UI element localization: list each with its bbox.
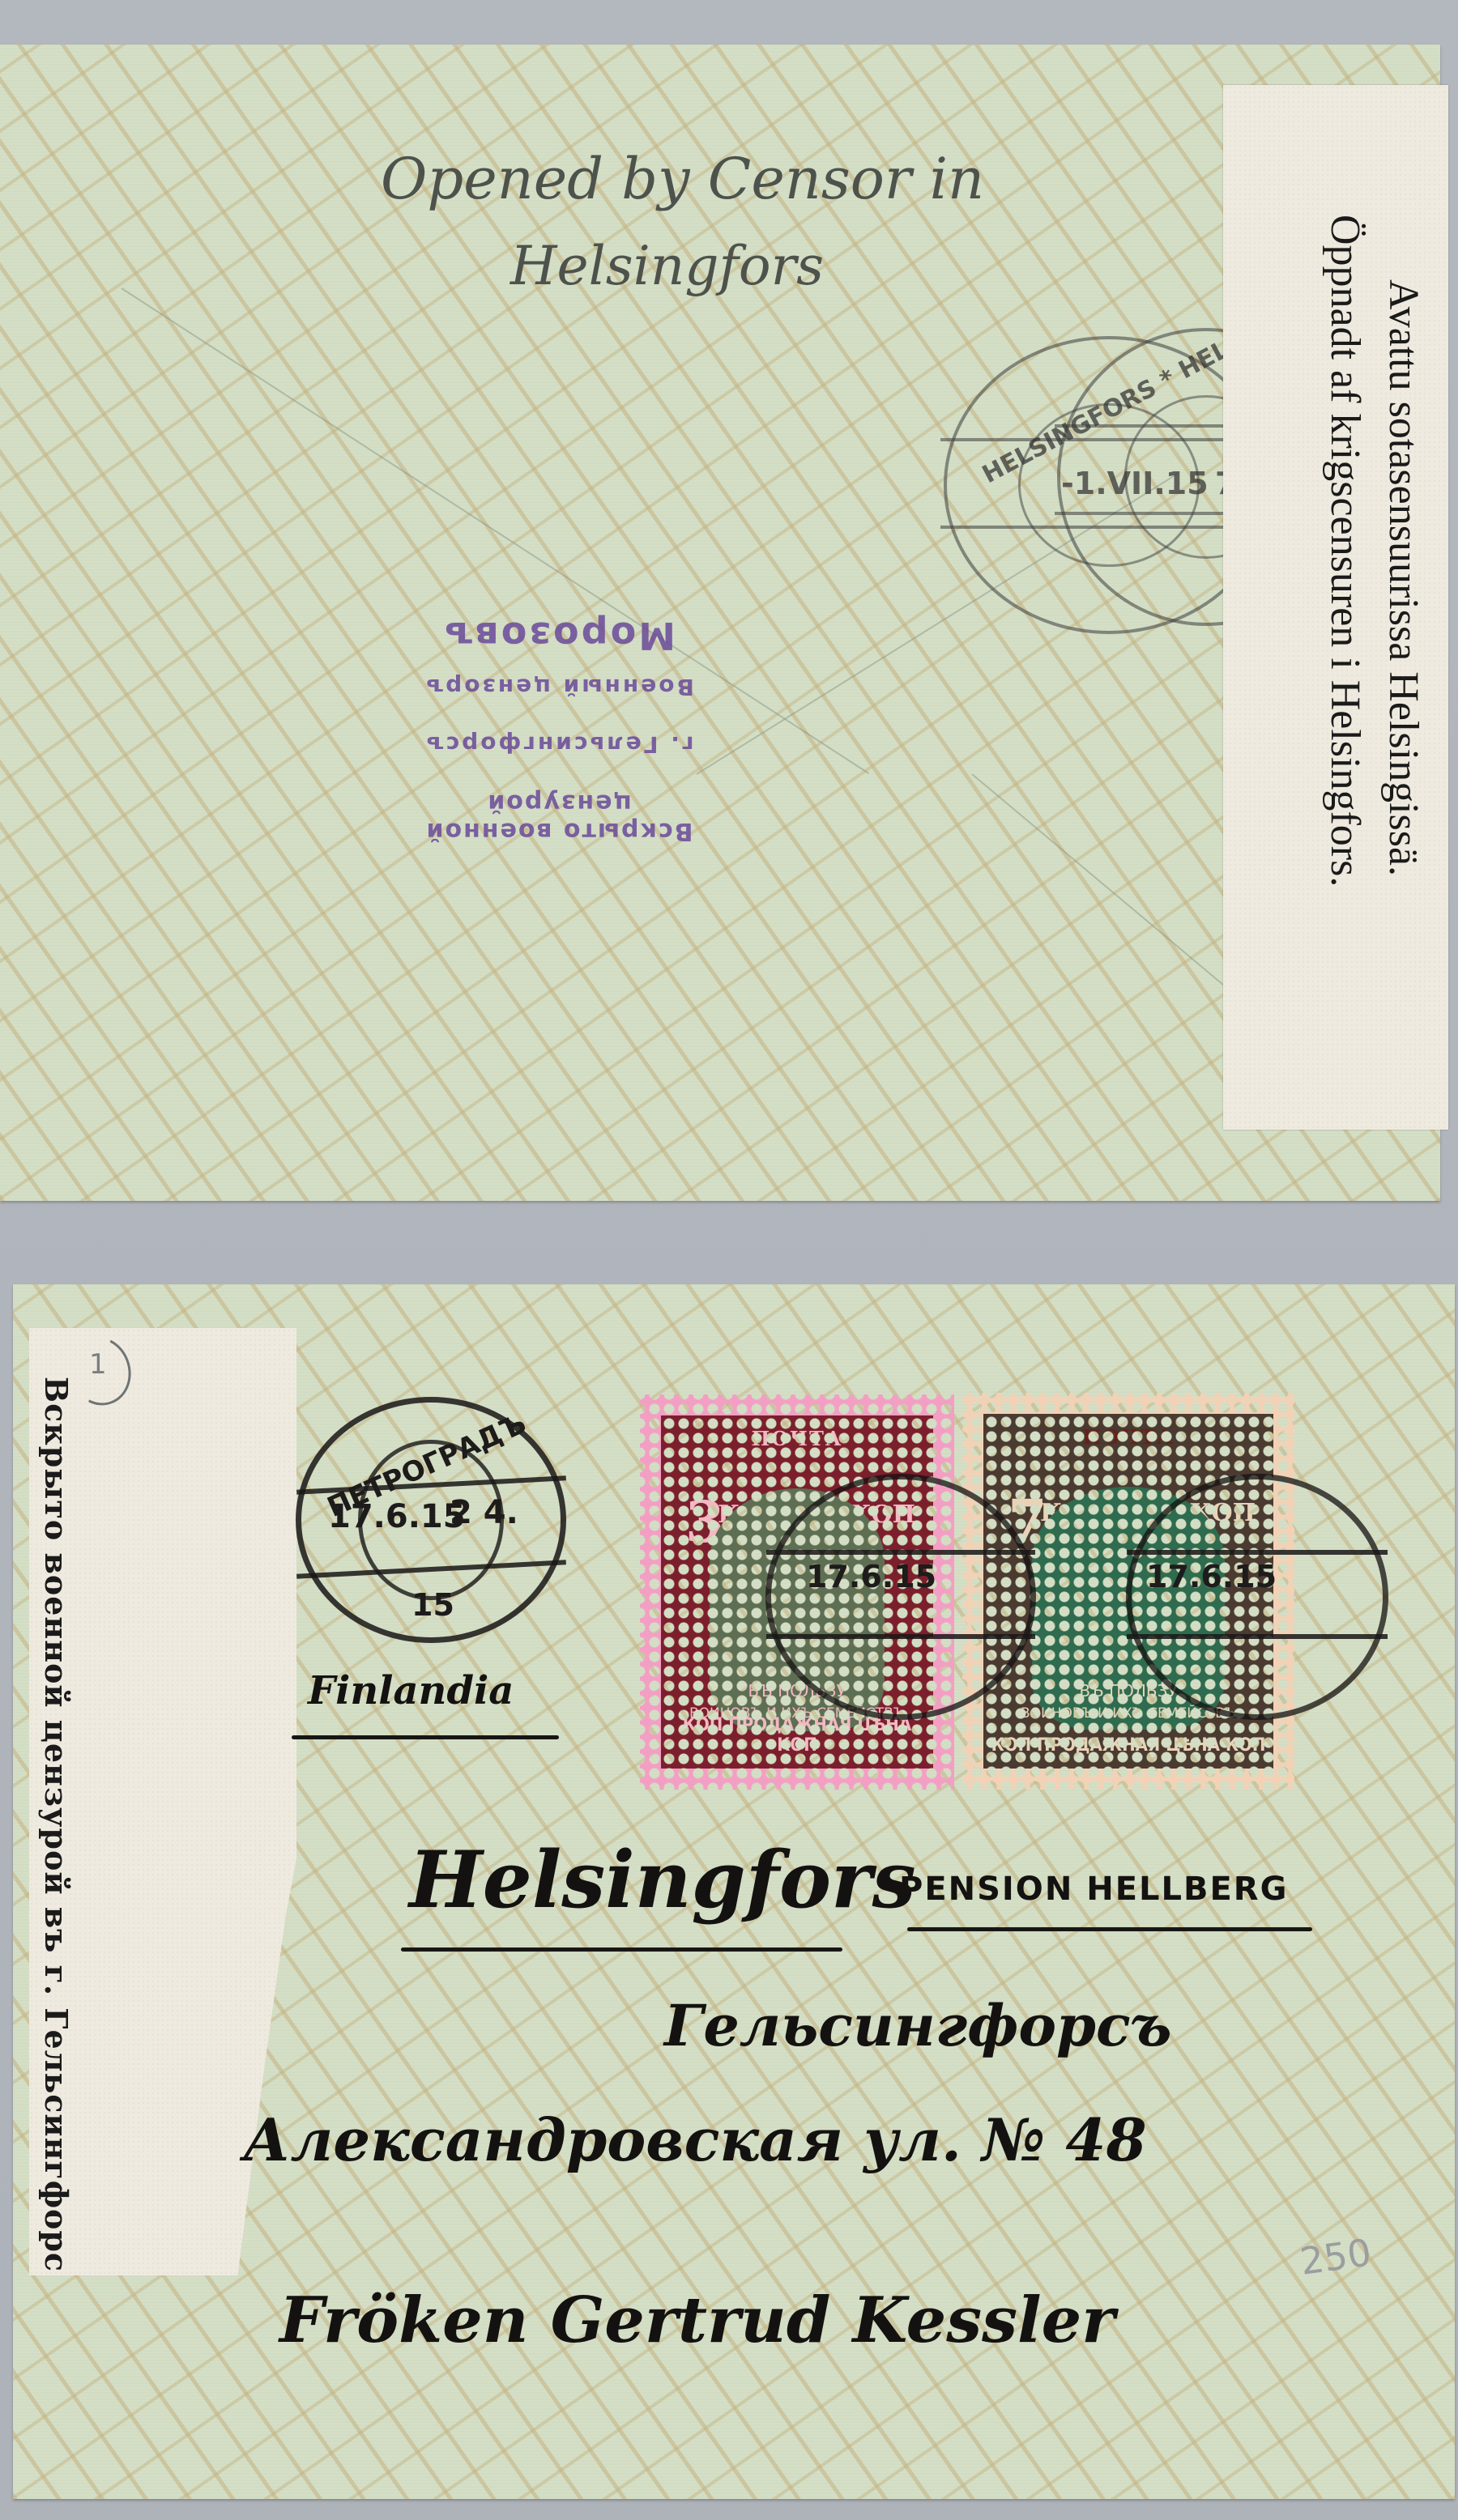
censor-tape-text: Вскрыто военной цензурой въ г. Гельсингф… (38, 1377, 75, 2272)
postmark-date: 17.6.15 (328, 1498, 466, 1535)
handstamp-line: Вскрыто военной цензурой (381, 789, 737, 845)
address-city-cyrillic: Гельсингфорсъ (664, 1992, 1171, 2059)
stamp-sale-price: КОП ПРОДАЖНАЯ ЦѢНА КОП (661, 1715, 933, 1756)
address-pension: PENSION HELLBERG (899, 1871, 1288, 1908)
pencil-note-line1: Opened by Censor in (381, 146, 984, 212)
handstamp-line: Морозовъ (381, 614, 737, 658)
pension-underline (907, 1927, 1312, 1931)
arrival-postmark-date: -1.VII.15 (1061, 466, 1209, 501)
pencil-mark: 1 (89, 1348, 107, 1381)
handstamp-line: Военный цензоръ (381, 674, 737, 700)
stamp-cancellation (1126, 1474, 1388, 1720)
cancellation-date: 17.6.15 (806, 1559, 936, 1594)
stamp-title: ПОЧТА (661, 1427, 933, 1450)
address-street: Александровская ул. № 48 (243, 2105, 1147, 2174)
address-city-latin: Helsingfors (409, 1834, 916, 1926)
pencil-note-line2: Helsingfors (510, 235, 824, 297)
stamp-title: ПОЧТА (983, 1425, 1273, 1449)
cancellation-date: 17.6.15 (1146, 1559, 1277, 1594)
stamp-cancellation (765, 1474, 1036, 1720)
postmark-time: 2 4. (450, 1494, 518, 1531)
censor-handstamp: Вскрыто военной цензурой г. Гельсингфорс… (381, 624, 737, 850)
routing-underline (292, 1735, 559, 1739)
censor-tape-line1: Avattu sotasensuurissa Helsingissä. (1379, 279, 1427, 876)
stamp-sale-price: КОП ПРОДАЖНАЯ ЦѢНА КОП (983, 1735, 1273, 1756)
address-routing: Finlandia (308, 1668, 514, 1713)
address-recipient: Fröken Gertrud Kessler (279, 2284, 1115, 2357)
censor-tape-line2: Öppnadt af krigscensuren i Helsingfors. (1321, 215, 1369, 887)
postmark-office: 15 (411, 1587, 454, 1623)
handstamp-line: г. Гельсингфорсъ (381, 731, 737, 758)
city-underline (401, 1947, 842, 1952)
